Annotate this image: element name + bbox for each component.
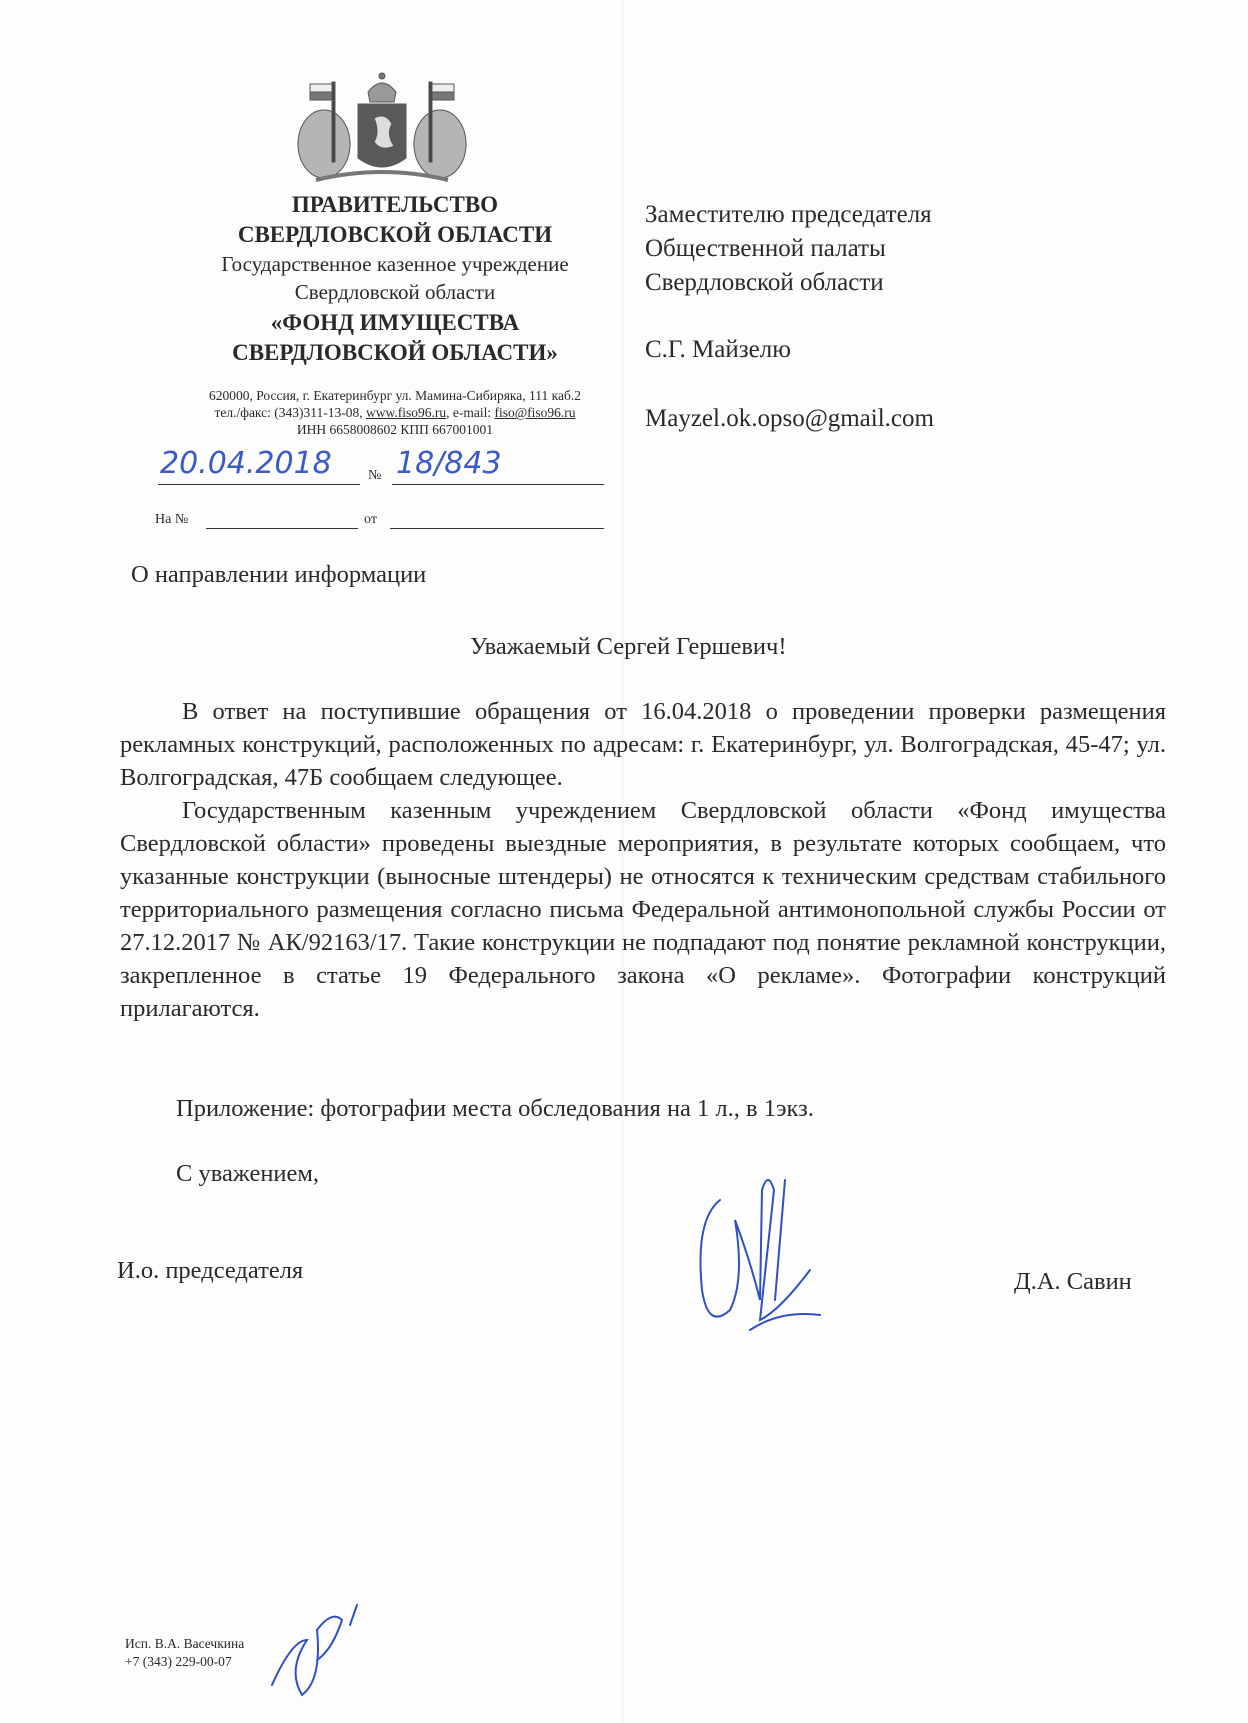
signatory-name: Д.А. Савин	[1014, 1268, 1132, 1296]
email-label: , e-mail:	[446, 405, 494, 420]
institution-region: Свердловской области	[130, 279, 660, 306]
executor-name: Исп. В.А. Васечкина	[125, 1635, 244, 1652]
org-name-line2: СВЕРДЛОВСКОЙ ОБЛАСТИ	[130, 220, 660, 249]
org-name-line1: ПРАВИТЕЛЬСТВО	[130, 190, 660, 219]
executor-signature-icon	[262, 1600, 372, 1700]
reply-number-label: На №	[155, 512, 188, 528]
recipient-email[interactable]: Mayzel.ok.opso@gmail.com	[645, 402, 934, 436]
org-address: 620000, Россия, г. Екатеринбург ул. Мами…	[130, 387, 660, 404]
inn-kpp: ИНН 6658008602 КПП 667001001	[130, 421, 660, 438]
body-paragraph-1: В ответ на поступившие обращения от 16.0…	[120, 695, 1166, 794]
institution-type: Государственное казенное учреждение	[130, 251, 660, 278]
recipient-position-line1: Заместителю председателя	[645, 198, 932, 232]
org-contacts: тел./факс: (343)311-13-08, www.fiso96.ru…	[130, 404, 660, 421]
email-link[interactable]: fiso@fiso96.ru	[495, 405, 576, 420]
executor-phone: +7 (343) 229-00-07	[125, 1653, 232, 1670]
reply-number-line	[206, 528, 358, 529]
website-link[interactable]: www.fiso96.ru	[366, 405, 446, 420]
attachment-note: Приложение: фотографии места обследовани…	[176, 1095, 814, 1123]
coat-of-arms-icon	[296, 72, 468, 190]
signatory-position: И.о. председателя	[117, 1257, 303, 1285]
number-line	[392, 484, 604, 485]
signature-icon	[690, 1160, 830, 1360]
recipient-position-line3: Свердловской области	[645, 266, 884, 300]
registration-date: 20.04.2018	[160, 446, 332, 481]
letter-subject: О направлении информации	[131, 561, 426, 589]
fund-name-line2: СВЕРДЛОВСКОЙ ОБЛАСТИ»	[130, 338, 660, 367]
reply-date-label: от	[364, 512, 377, 528]
registration-number: 18/843	[396, 446, 502, 481]
phone-fax: тел./факс: (343)311-13-08,	[214, 405, 366, 420]
date-line	[158, 484, 360, 485]
salutation: Уважаемый Сергей Гершевич!	[470, 633, 787, 661]
number-label: №	[368, 468, 381, 484]
recipient-position-line2: Общественной палаты	[645, 232, 886, 266]
reply-date-line	[390, 528, 604, 529]
closing: С уважением,	[176, 1160, 319, 1188]
body-paragraph-2: Государственным казенным учреждением Све…	[120, 794, 1166, 1025]
fund-name-line1: «ФОНД ИМУЩЕСТВА	[130, 308, 660, 337]
recipient-name: С.Г. Майзелю	[645, 333, 791, 367]
